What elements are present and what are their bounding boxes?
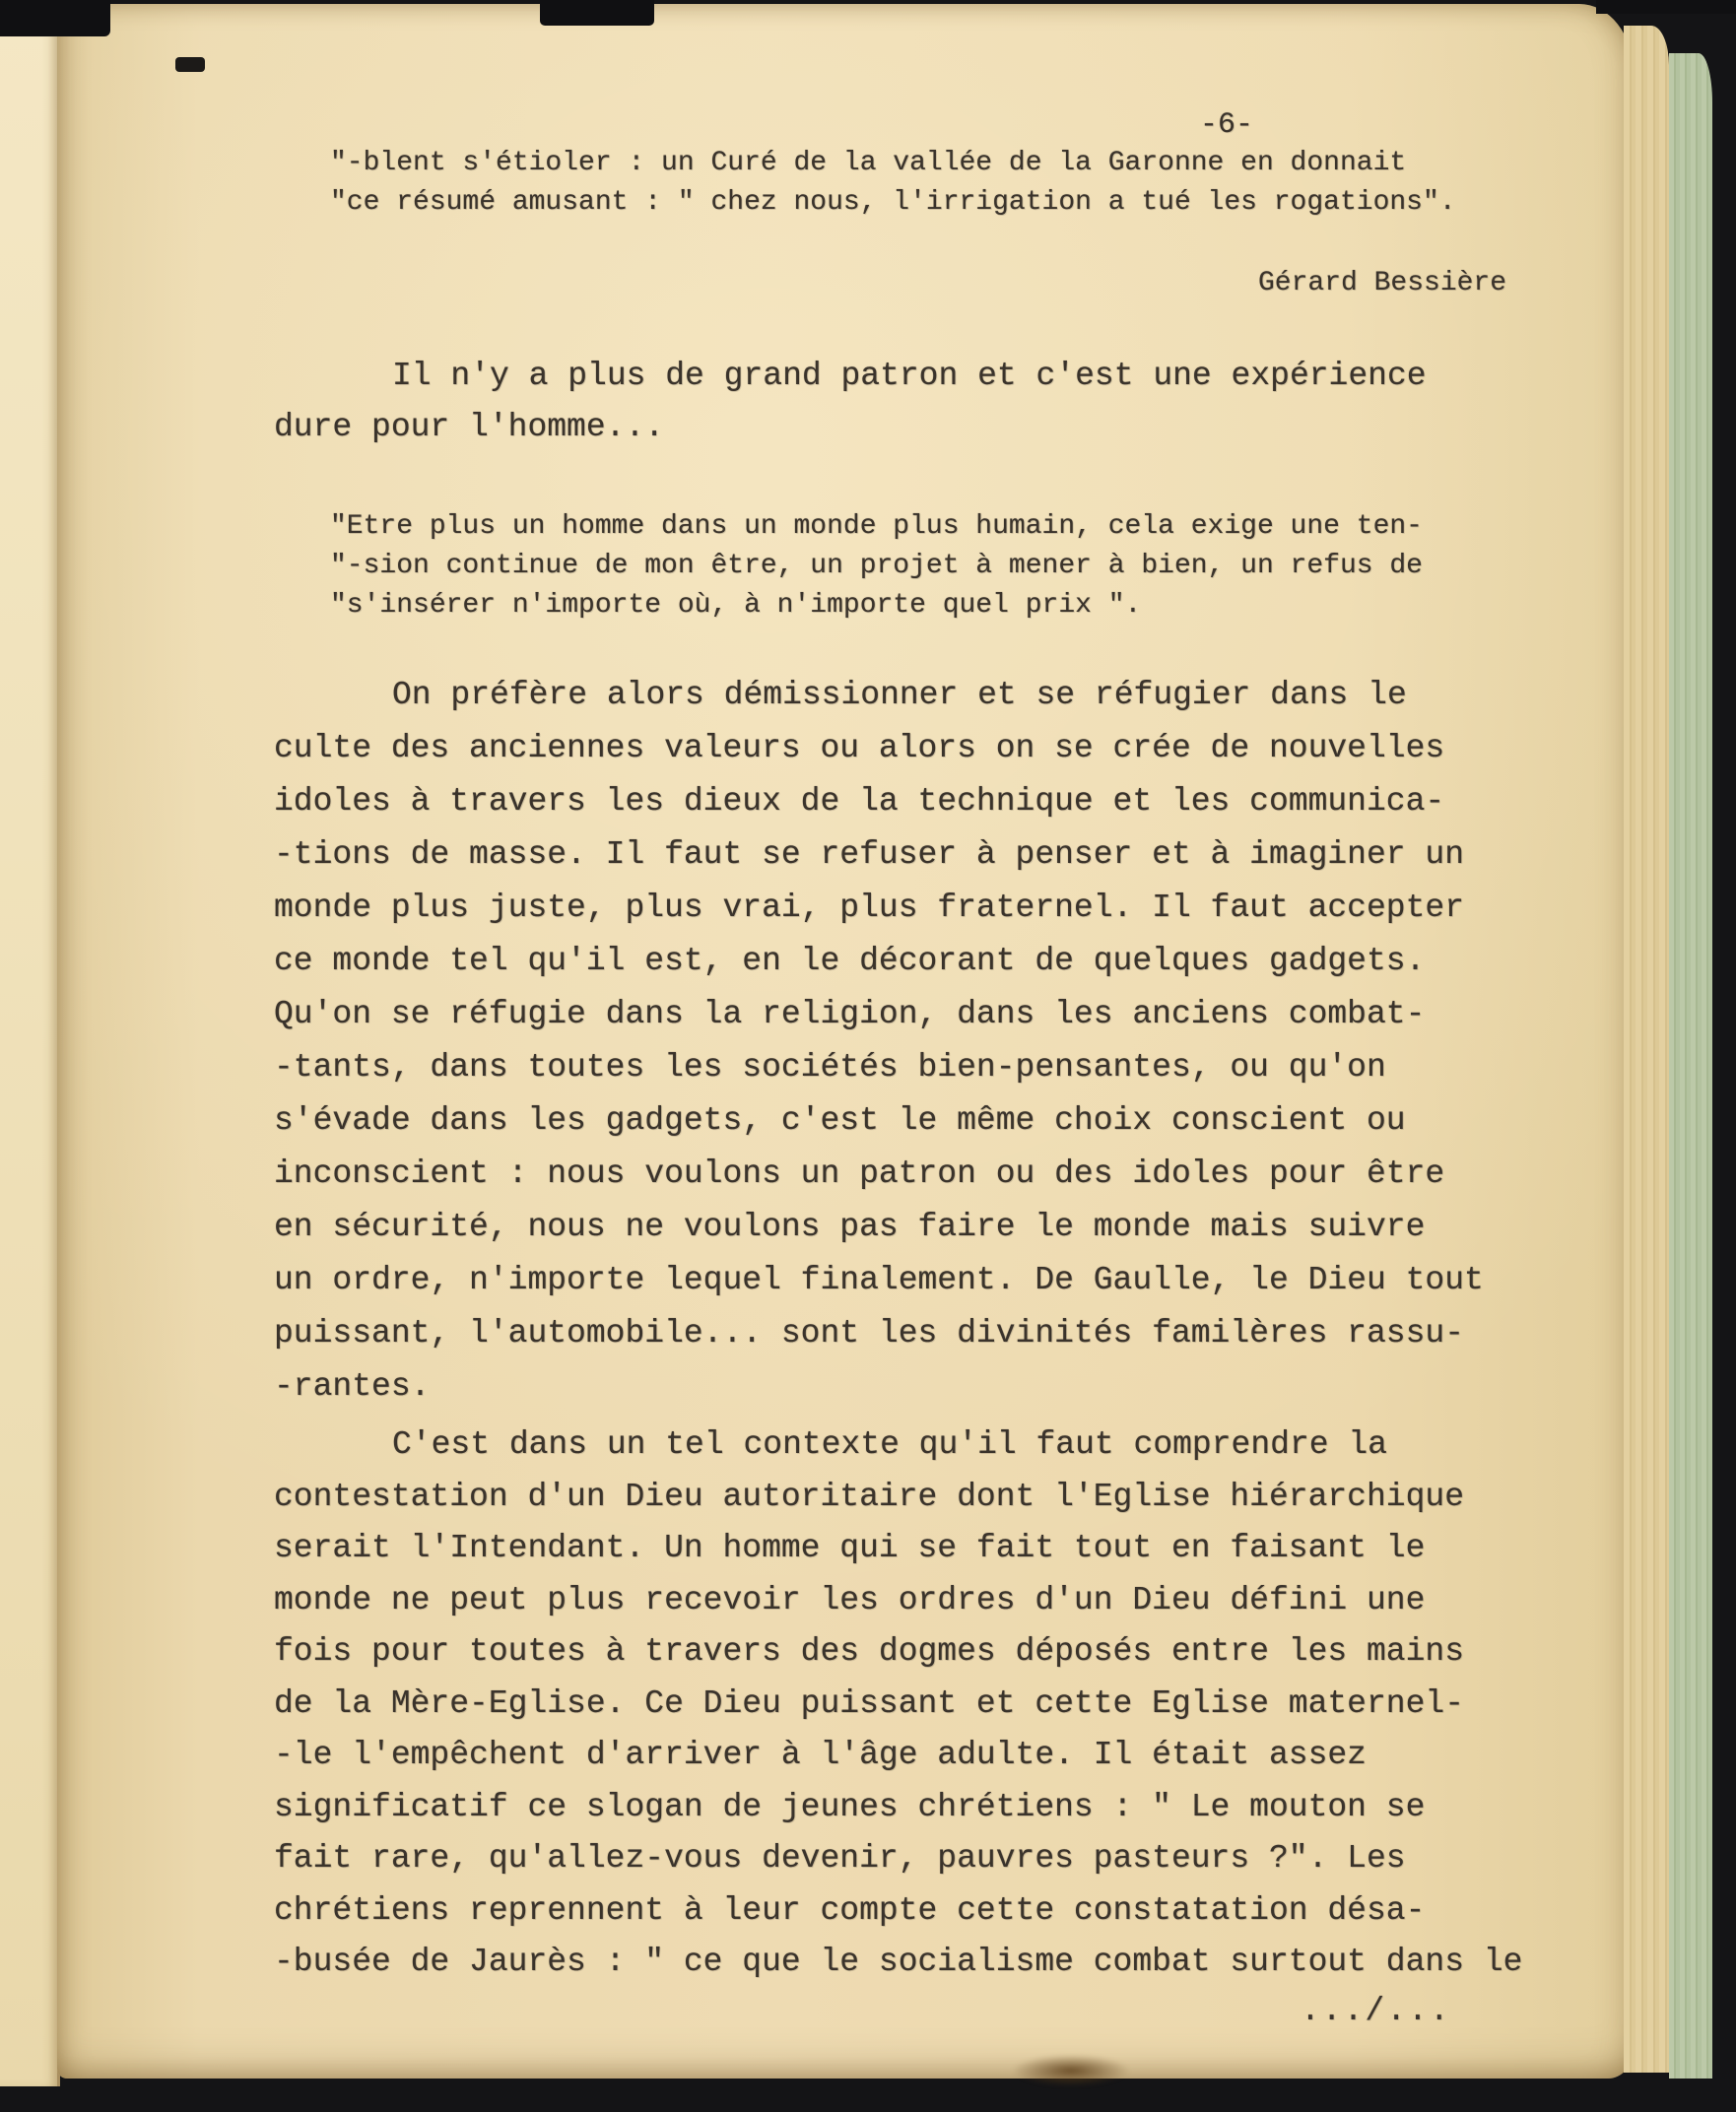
attribution: Gérard Bessière [1258,264,1506,303]
lead-paragraph: Il n'y a plus de grand patron et c'est u… [274,351,1427,453]
continuation-mark: .../... [1301,1992,1451,2031]
block-quote: "Etre plus un homme dans un monde plus h… [330,507,1423,626]
opening-quote: "-blent s'étioler : un Curé de la vallée… [330,144,1456,223]
previous-page-edge [0,0,60,2086]
green-cover-edge [1669,53,1712,2079]
book-page-edges [1624,26,1669,2073]
body-paragraph-2: C'est dans un tel contexte qu'il faut co… [274,1419,1522,1989]
scan-mark-top-left [175,57,205,72]
ink-smudge [1013,2055,1129,2086]
body-paragraph-1: On préfère alors démissionner et se réfu… [274,669,1484,1414]
scan-shadow-top-right [1596,0,1736,14]
scan-shadow-top-middle [540,0,654,26]
page-number: -6- [1200,108,1253,142]
scan-shadow-top-left [0,0,110,36]
scanned-document-page: -6- "-blent s'étioler : un Curé de la va… [0,0,1736,2112]
